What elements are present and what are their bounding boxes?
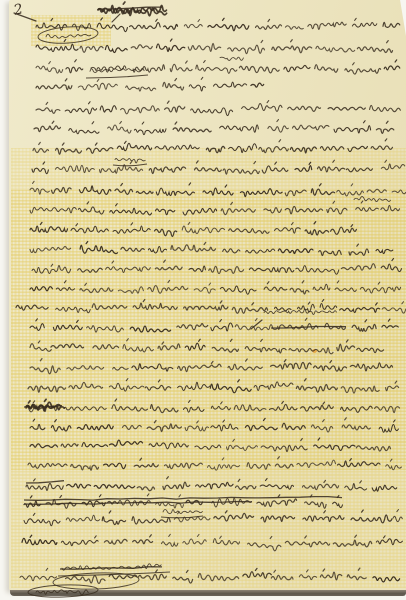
edit-marks — [14, 2, 390, 598]
handwriting-layer — [0, 0, 406, 600]
scanned-page-background: 2 — [0, 0, 406, 600]
